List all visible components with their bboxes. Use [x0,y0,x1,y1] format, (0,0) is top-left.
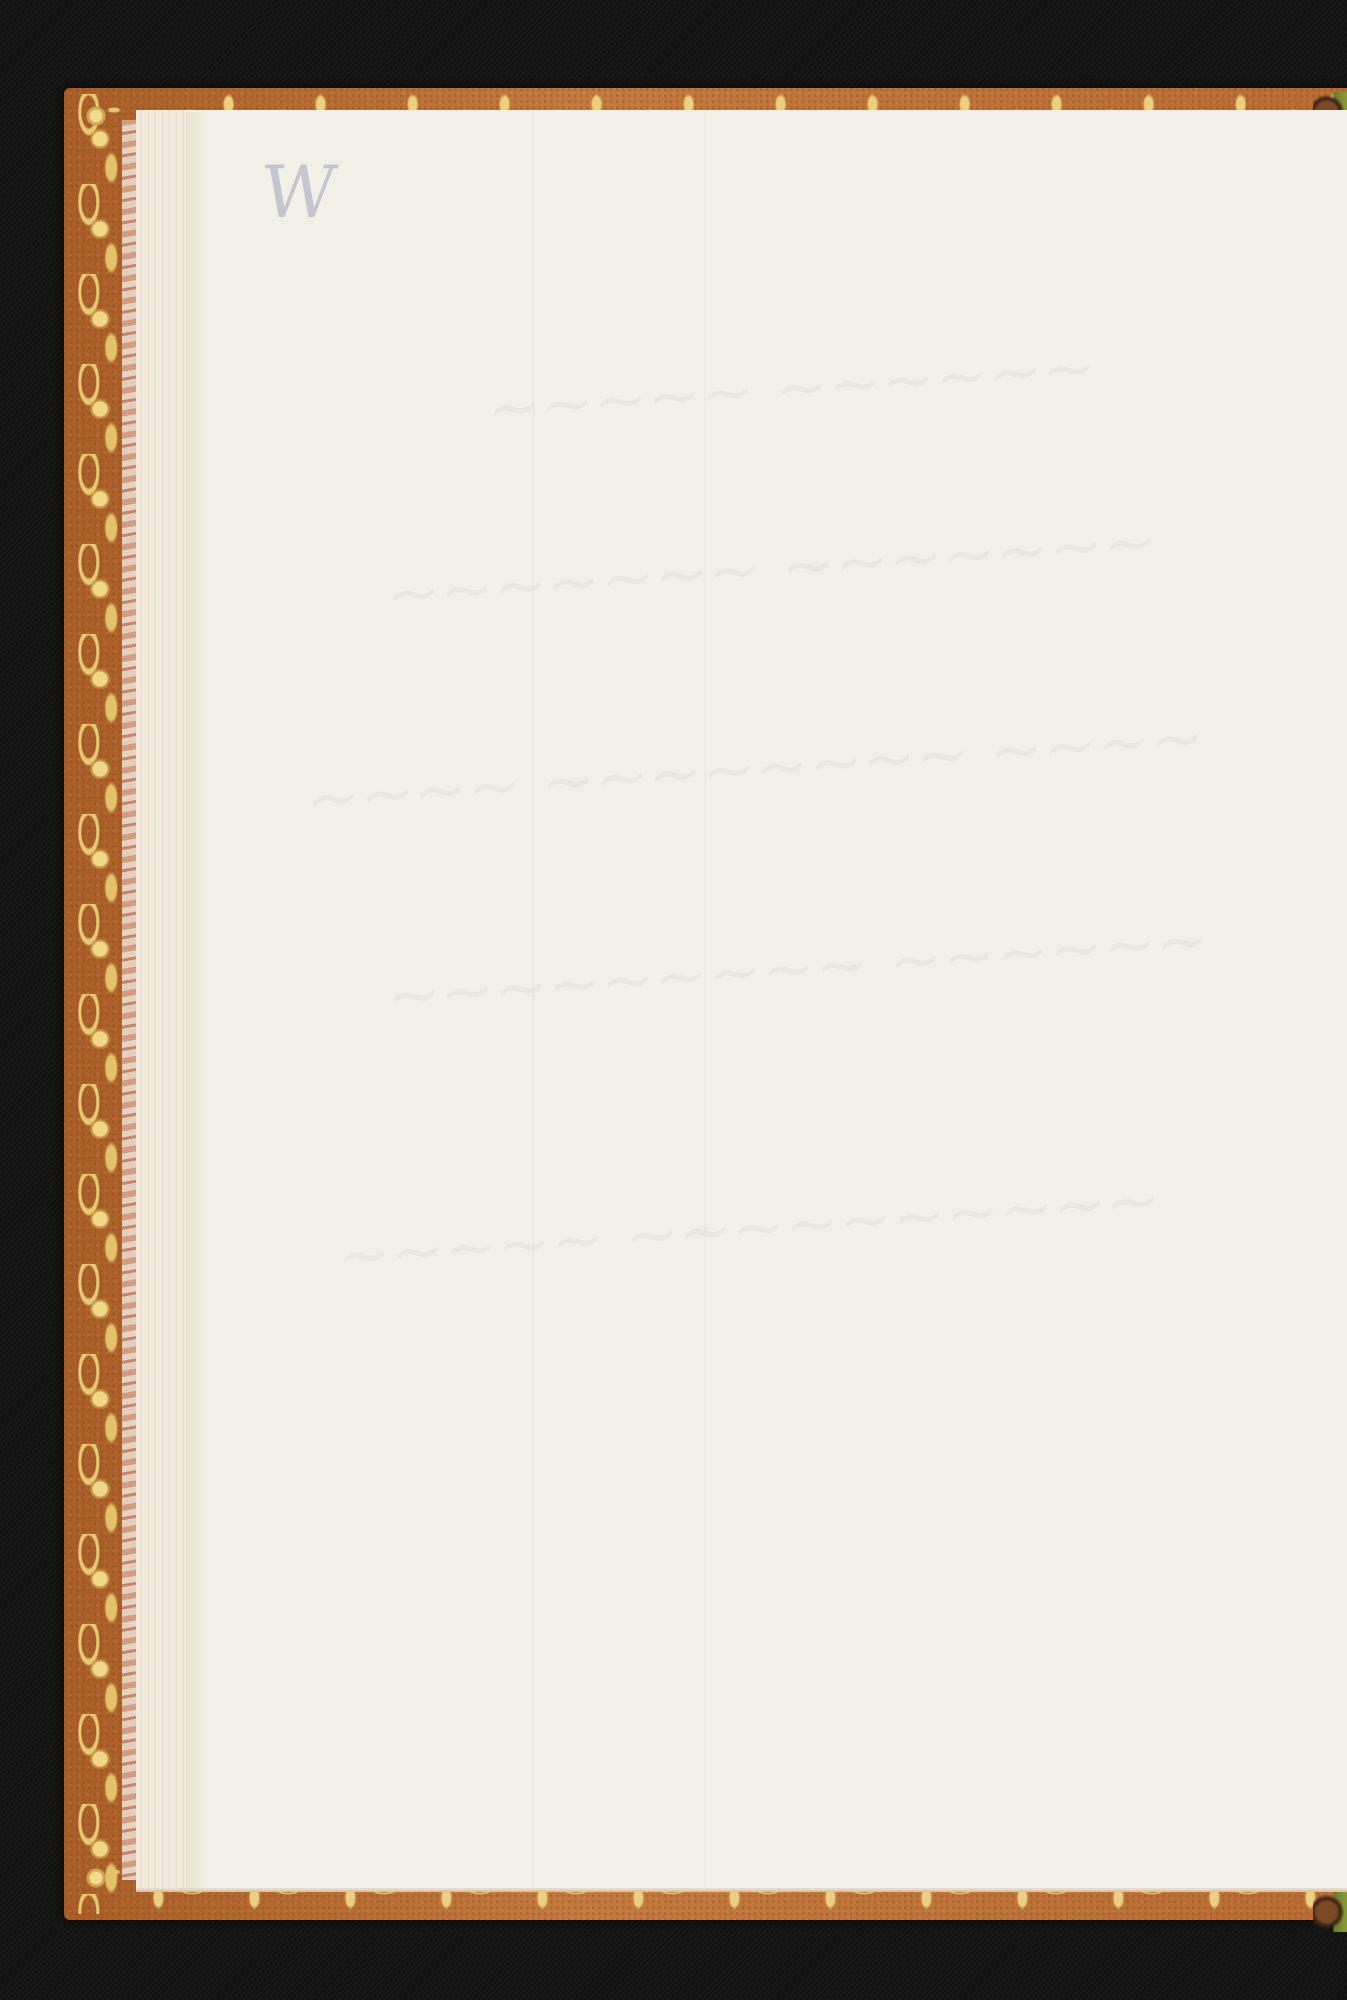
show-through-writing: ~~~~~ ~~~~~~ [484,331,1098,447]
clasp-bottom-right [1313,1892,1347,1932]
show-through-writing: ~~~~~~~ ~~~~~~~ [384,505,1158,633]
pencil-mark: W [258,150,337,234]
blank-endpaper: ~~~~~ ~~~~~~ ~~~~~~~ ~~~~~~~ ~~~~ ~~~~~~… [186,112,1347,1888]
marbled-page-edge [122,120,136,1880]
gilt-border-left [72,94,128,1914]
show-through-writing: ~~~~ ~~~~~~~~ ~~~~ [305,701,1207,838]
show-through-writing: ~~~~~~~~~ ~~~~~~ [384,903,1212,1034]
gilt-border-bottom [144,1888,1347,1916]
show-through-writing: ~~~~~ ~~~~~~~~~~ [334,1163,1162,1294]
